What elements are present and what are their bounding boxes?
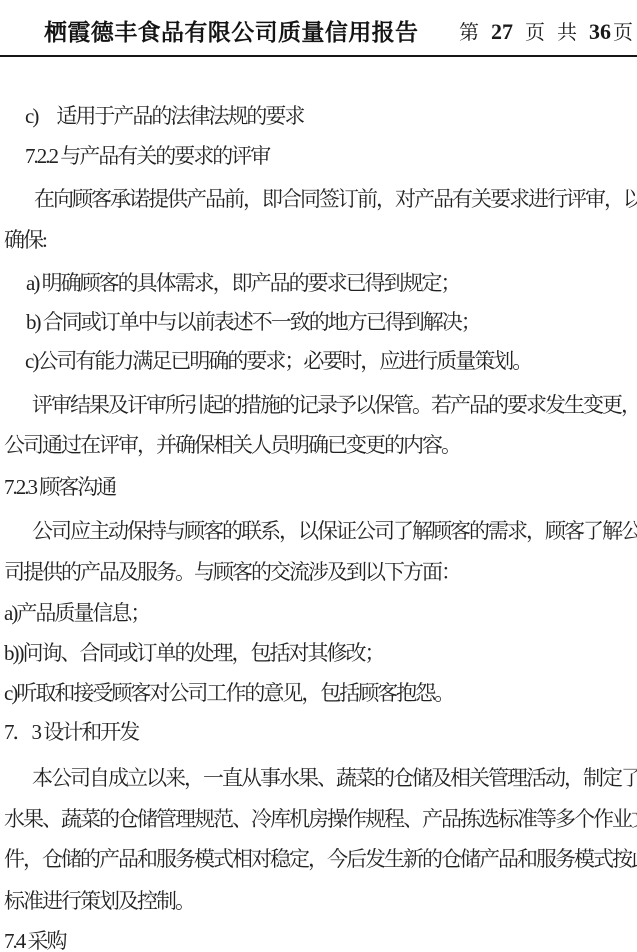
paragraph-line: 水果、蔬菜的仓储管理规范、冷库机房操作规程、产品拣选标准等多个作业文	[4, 806, 637, 832]
list-item-c: c)公司有能力满足已明确的要求；必要时，应进行质量策划。	[25, 348, 531, 374]
paragraph-line: 在向顾客承诺提供产品前，即合同签订前，对产品有关要求进行评审，以	[34, 186, 637, 212]
paragraph-line: 公司通过在评审，并确保相关人员明确已变更的内容。	[4, 432, 460, 458]
paragraph-line: 件，仓储的产品和服务模式相对稳定，今后发生新的仓储产品和服务模式按此	[4, 846, 637, 872]
section-heading-7-3: 7．3 设计和开发	[4, 719, 138, 745]
list-item-a2: a)产品质量信息；	[4, 600, 149, 626]
page-label-page: 页	[525, 16, 545, 45]
page-label-prefix: 第	[459, 16, 479, 45]
list-item-c-law: c) 适用于产品的法律法规的要求	[25, 103, 303, 129]
paragraph-line: 司提供的产品及服务。与顾客的交流涉及到以下方面：	[4, 559, 460, 585]
paragraph-line: 评审结果及讦审所引起的措施的记录予以保管。若产品的要求发生变更，	[32, 392, 637, 418]
page-label-suffix: 页	[613, 16, 633, 45]
list-item-a: a) 明确顾客的具体需求，即产品的要求已得到规定；	[26, 270, 460, 296]
list-item-b2: b))问询、合同或订单的处理，包括对其修改；	[4, 640, 384, 666]
document-page: 栖霞德丰食品有限公司质量信用报告 第 27 页 共 36 页 c) 适用于产品的…	[0, 0, 637, 952]
paragraph-line: 本公司自成立以来，一直从事水果、蔬菜的仓储及相关管理活动，制定了	[32, 765, 637, 791]
page-number-total: 36	[589, 19, 611, 45]
section-heading-7-4: 7.4 采购	[4, 928, 66, 952]
paragraph-line: 公司应主动保持与顾客的联系，以保证公司了解顾客的需求，顾客了解公	[32, 518, 637, 544]
page-number-current: 27	[491, 19, 513, 45]
header-divider	[0, 55, 637, 57]
page-title: 栖霞德丰食品有限公司质量信用报告	[44, 14, 418, 47]
section-heading-7-2-3: 7.2.3 顾客沟通	[4, 474, 115, 500]
list-item-c2: c)听取和接受顾客对公司工作的意见，包括顾客抱怨。	[4, 680, 453, 706]
page-label-total-prefix: 共	[557, 16, 577, 45]
page-number-indicator: 第 27 页 共 36 页	[459, 16, 633, 45]
paragraph-line: 标准进行策划及控制。	[4, 888, 194, 914]
section-heading-7-2-2: 7.2.2 与产品有关的要求的评审	[25, 143, 269, 169]
paragraph-line: 确保:	[4, 227, 46, 253]
list-item-b: b) 合同或订单中与以前表述不一致的地方已得到解决；	[26, 309, 480, 335]
